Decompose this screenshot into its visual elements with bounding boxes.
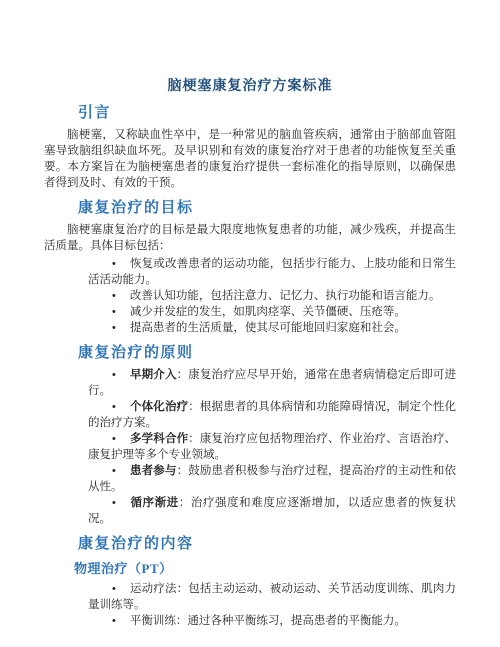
list-item: •早期介入：康复治疗应尽早开始，通常在患者病情稳定后即可进行。 — [88, 367, 456, 399]
bullet-list: •运动疗法：包括主动运动、被动运动、关节活动度训练、肌肉力量训练等。•平衡训练：… — [44, 581, 456, 629]
bullet-icon: • — [112, 463, 116, 479]
list-item: •患者参与：鼓励患者积极参与治疗过程，提高治疗的主动性和依从性。 — [88, 463, 456, 495]
list-item-text: 平衡训练：通过各种平衡练习，提高患者的平衡能力。 — [130, 615, 406, 627]
document-page: 脑梗塞康复治疗方案标准 引言脑梗塞，又称缺血性卒中，是一种常见的脑血管疾病，通常… — [0, 0, 500, 647]
list-item-lead: 循序渐进 — [130, 497, 179, 509]
bullet-list: •恢复或改善患者的运动功能，包括步行能力、上肢功能和日常生活活动能力。•改善认知… — [44, 256, 456, 336]
list-item: •改善认知功能，包括注意力、记忆力、执行功能和语言能力。 — [88, 288, 456, 304]
bullet-list: •早期介入：康复治疗应尽早开始，通常在患者病情稳定后即可进行。•个体化治疗：根据… — [44, 367, 456, 527]
bullet-icon: • — [112, 581, 116, 597]
bullet-icon: • — [112, 495, 116, 511]
list-item: •提高患者的生活质量，使其尽可能地回归家庭和社会。 — [88, 320, 456, 336]
list-item-text: 提高患者的生活质量，使其尽可能地回归家庭和社会。 — [130, 322, 406, 334]
section-heading: 康复治疗的内容 — [44, 534, 456, 554]
list-item: •减少并发症的发生，如肌肉痉挛、关节僵硬、压疮等。 — [88, 304, 456, 320]
list-item-lead: 患者参与 — [130, 465, 177, 477]
list-item-text: 减少并发症的发生，如肌肉痉挛、关节僵硬、压疮等。 — [130, 306, 406, 318]
list-item: •个体化治疗：根据患者的具体病情和功能障碍情况，制定个性化的治疗方案。 — [88, 399, 456, 431]
list-item: •多学科合作：康复治疗应包括物理治疗、作业治疗、言语治疗、康复护理等多个专业领域… — [88, 431, 456, 463]
bullet-icon: • — [112, 288, 116, 304]
list-item-text: 恢复或改善患者的运动功能，包括步行能力、上肢功能和日常生活活动能力。 — [88, 258, 456, 286]
document-body: 引言脑梗塞，又称缺血性卒中，是一种常见的脑血管疾病，通常由于脑部血管阻塞导致脑组… — [44, 103, 456, 629]
bullet-icon: • — [112, 431, 116, 447]
list-item-lead: 个体化治疗 — [130, 401, 188, 413]
list-item: •运动疗法：包括主动运动、被动运动、关节活动度训练、肌肉力量训练等。 — [88, 581, 456, 613]
list-item-text: 运动疗法：包括主动运动、被动运动、关节活动度训练、肌肉力量训练等。 — [88, 583, 456, 611]
list-item: •恢复或改善患者的运动功能，包括步行能力、上肢功能和日常生活活动能力。 — [88, 256, 456, 288]
list-item-lead: 早期介入 — [130, 369, 177, 381]
list-item: •循序渐进：治疗强度和难度应逐渐增加，以适应患者的恢复状况。 — [88, 495, 456, 527]
sub-section-heading: 物理治疗（PT） — [44, 560, 456, 578]
bullet-icon: • — [112, 304, 116, 320]
section-heading: 引言 — [44, 103, 456, 123]
document-title: 脑梗塞康复治疗方案标准 — [44, 78, 456, 96]
bullet-icon: • — [112, 367, 116, 383]
bullet-icon: • — [112, 399, 116, 415]
bullet-icon: • — [112, 256, 116, 272]
section-heading: 康复治疗的原则 — [44, 343, 456, 363]
list-item-text: 改善认知功能，包括注意力、记忆力、执行功能和语言能力。 — [130, 290, 441, 302]
bullet-icon: • — [112, 320, 116, 336]
list-item: •平衡训练：通过各种平衡练习，提高患者的平衡能力。 — [88, 613, 456, 629]
body-paragraph: 脑梗塞，又称缺血性卒中，是一种常见的脑血管疾病，通常由于脑部血管阻塞导致脑组织缺… — [44, 127, 456, 191]
section-heading: 康复治疗的目标 — [44, 198, 456, 218]
body-paragraph: 脑梗塞康复治疗的目标是最大限度地恢复患者的功能，减少残疾，并提高生活质量。具体目… — [44, 222, 456, 254]
list-item-lead: 多学科合作 — [130, 433, 188, 445]
bullet-icon: • — [112, 613, 116, 629]
